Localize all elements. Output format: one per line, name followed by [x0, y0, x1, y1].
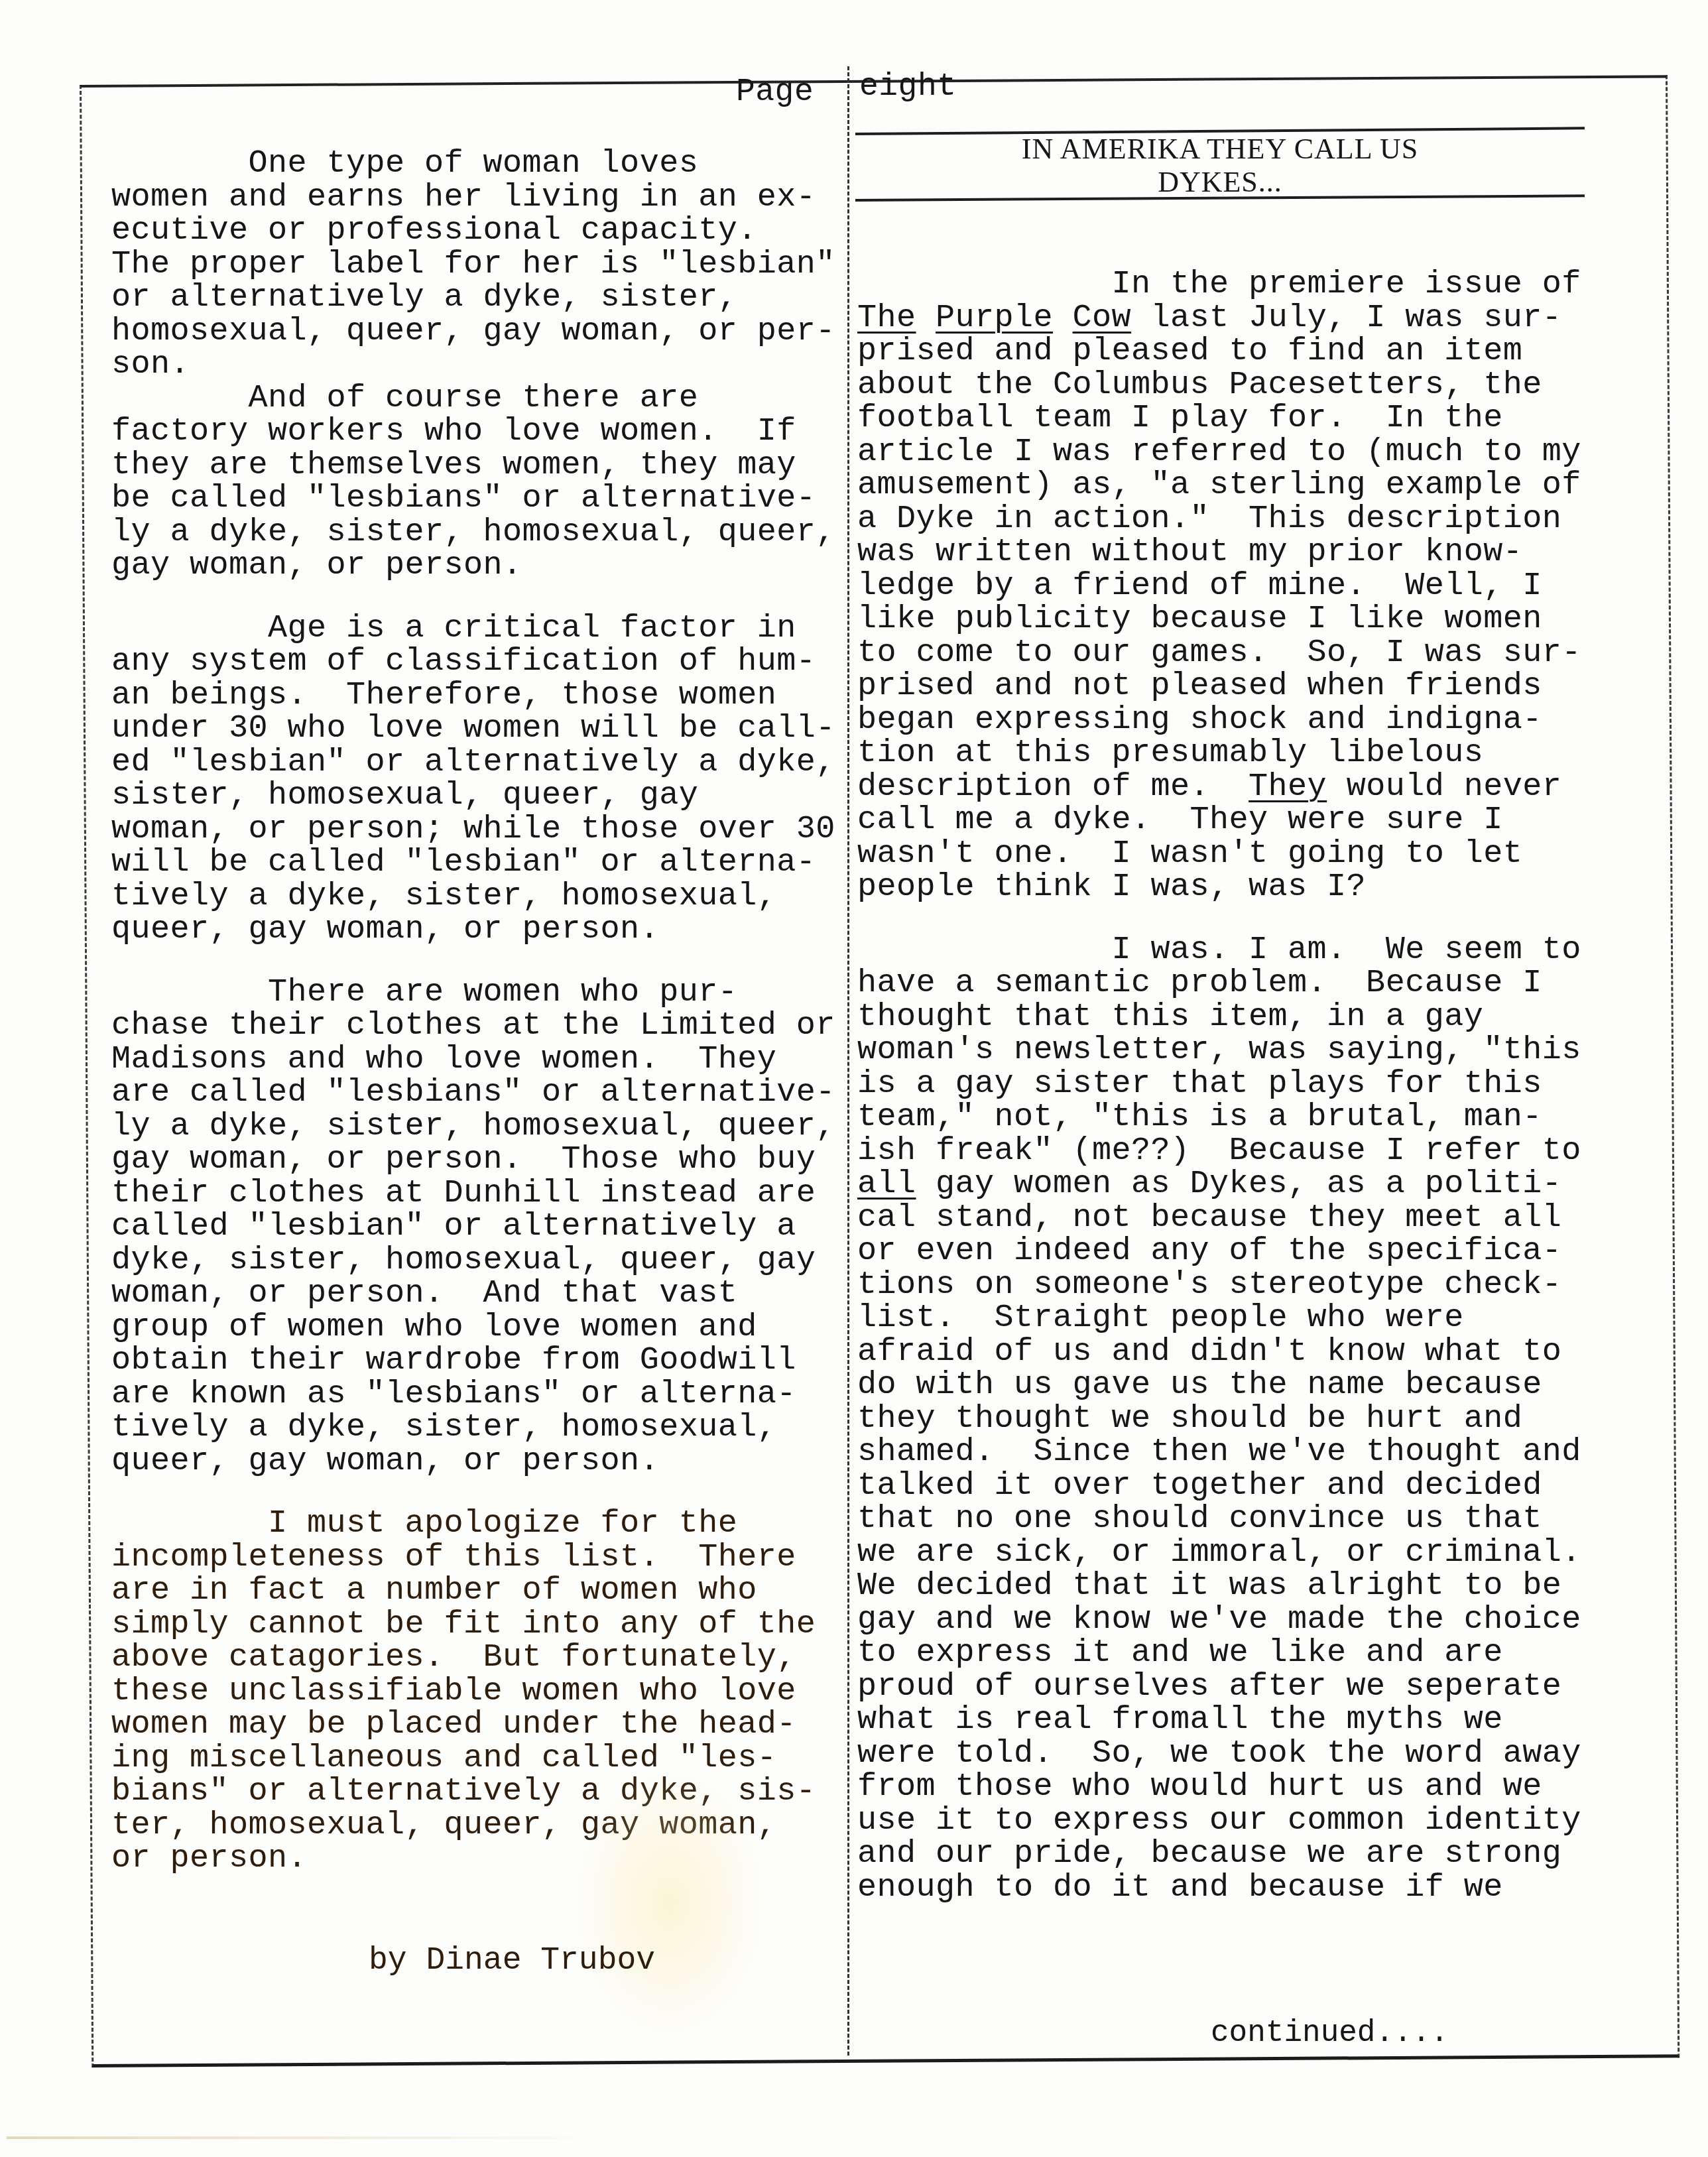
byline: by Dinae Trubov [369, 1943, 655, 1979]
text-line: gay woman, or person. Those who buy [111, 1143, 835, 1177]
text-line: under 30 who love women will be call- [111, 712, 835, 746]
left-paragraph-3: Age is a critical factor inany system of… [111, 612, 835, 947]
page-number-label-left: Page [736, 74, 814, 110]
text-line: gay and we know we've made the choice [857, 1603, 1581, 1637]
text-line: or person. [111, 1842, 835, 1876]
text-line: ter, homosexual, queer, gay woman, [111, 1809, 835, 1843]
text-line: any system of classification of hum- [111, 645, 835, 679]
text-line: all gay women as Dykes, as a politi- [857, 1168, 1581, 1202]
text-line: group of women who love women and [111, 1311, 835, 1345]
text-line: or even indeed any of the specifica- [857, 1235, 1581, 1268]
text-line: woman, or person. And that vast [111, 1277, 835, 1311]
text-line: talked it over together and decided [857, 1469, 1581, 1503]
text-line: football team I play for. In the [857, 402, 1581, 436]
column-divider [847, 66, 849, 2056]
text-line: son. [111, 348, 835, 382]
text-line: have a semantic problem. Because I [857, 967, 1581, 1001]
right-paragraph-2: I was. I am. We seem tohave a semantic p… [857, 934, 1581, 1905]
text-line: ed "lesbian" or alternatively a dyke, [111, 746, 835, 780]
text-line: was written without my prior know- [857, 536, 1581, 570]
left-paragraph-1: One type of woman loveswomen and earns h… [111, 147, 835, 382]
text-line: like publicity because I like women [857, 603, 1581, 637]
text-line: are called "lesbians" or alternative- [111, 1076, 835, 1110]
text-line: began expressing shock and indigna- [857, 704, 1581, 737]
text-line: ecutive or professional capacity. [111, 214, 835, 248]
text-line: simply cannot be fit into any of the [111, 1608, 835, 1642]
text-line: obtain their wardrobe from Goodwill [111, 1344, 835, 1378]
text-line: about the Columbus Pacesetters, the [857, 369, 1581, 402]
text-line: that no one should convince us that [857, 1503, 1581, 1536]
text-segment [916, 300, 936, 336]
text-line: or alternatively a dyke, sister, [111, 281, 835, 315]
text-line: woman, or person; while those over 30 [111, 813, 835, 847]
text-line: use it to express our common identity [857, 1804, 1581, 1838]
text-line: ish freak" (me??) Because I refer to [857, 1135, 1581, 1168]
text-line: are in fact a number of women who [111, 1574, 835, 1608]
text-segment: description of me. [857, 769, 1249, 805]
paragraph-gap [111, 583, 835, 612]
text-line: factory workers who love women. If [111, 415, 835, 449]
text-line: their clothes at Dunhill instead are [111, 1177, 835, 1211]
page-number-label-right: eight [859, 69, 957, 105]
text-line: team," not, "this is a brutal, man- [857, 1101, 1581, 1135]
text-line: do with us gave us the name because [857, 1369, 1581, 1402]
text-line: The proper label for her is "lesbian" [111, 248, 835, 282]
text-line: tively a dyke, sister, homosexual, [111, 880, 835, 914]
right-column-article: In the premiere issue ofThe Purple Cow l… [857, 268, 1581, 1904]
text-line: people think I was, was I? [857, 871, 1581, 904]
left-paragraph-5: I must apologize for theincompleteness o… [111, 1507, 835, 1876]
text-line: what is real fromall the myths we [857, 1703, 1581, 1737]
text-line: prised and pleased to find an item [857, 335, 1581, 369]
text-line: to come to our games. So, I was sur- [857, 637, 1581, 670]
text-line: proud of ourselves after we seperate [857, 1670, 1581, 1704]
text-line: ledge by a friend of mine. Well, I [857, 570, 1581, 603]
text-line: dyke, sister, homosexual, queer, gay [111, 1244, 835, 1278]
text-line: woman's newsletter, was saying, "this [857, 1034, 1581, 1068]
underlined-text: The [857, 300, 916, 336]
text-line: I must apologize for the [111, 1507, 835, 1541]
text-line: tion at this presumably libelous [857, 737, 1581, 770]
text-line: amusement) as, "a sterling example of [857, 469, 1581, 503]
text-line: cal stand, not because they meet all [857, 1202, 1581, 1235]
text-line: above catagories. But fortunately, [111, 1641, 835, 1675]
right-paragraph-1: In the premiere issue ofThe Purple Cow l… [857, 268, 1581, 904]
text-line: women may be placed under the head- [111, 1708, 835, 1742]
text-line: bians" or alternatively a dyke, sis- [111, 1775, 835, 1809]
text-line: tions on someone's stereotype check- [857, 1268, 1581, 1302]
left-paragraph-2: And of course there arefactory workers w… [111, 382, 835, 583]
text-line: be called "lesbians" or alternative- [111, 482, 835, 516]
text-line: article I was referred to (much to my [857, 436, 1581, 469]
text-line: called "lesbian" or alternatively a [111, 1210, 835, 1244]
text-line: we are sick, or immoral, or criminal. [857, 1536, 1581, 1570]
text-line: Madisons and who love women. They [111, 1043, 835, 1077]
text-line: they thought we should be hurt and [857, 1402, 1581, 1436]
text-line: I was. I am. We seem to [857, 934, 1581, 967]
underlined-text: Purple [936, 300, 1053, 336]
text-line: chase their clothes at the Limited or [111, 1009, 835, 1043]
left-column-article: One type of woman loveswomen and earns h… [111, 147, 835, 1876]
text-line: an beings. Therefore, those women [111, 679, 835, 713]
text-line: There are women who pur- [111, 976, 835, 1010]
text-line: One type of woman loves [111, 147, 835, 181]
text-segment: last July, I was sur- [1131, 300, 1561, 336]
text-line: The Purple Cow last July, I was sur- [857, 302, 1581, 336]
text-line: they are themselves women, they may [111, 449, 835, 483]
article-title-line-1: IN AMERIKA THEY CALL US [855, 133, 1585, 166]
text-line: tively a dyke, sister, homosexual, [111, 1411, 835, 1445]
text-line: ing miscellaneous and called "les- [111, 1742, 835, 1776]
text-line: these unclassifiable women who love [111, 1675, 835, 1709]
paragraph-gap [111, 1478, 835, 1507]
text-line: incompleteness of this list. There [111, 1541, 835, 1575]
article-title: IN AMERIKA THEY CALL US DYKES... [855, 133, 1585, 199]
text-line: from those who would hurt us and we [857, 1770, 1581, 1804]
text-line: and our pride, because we are strong [857, 1837, 1581, 1871]
text-line: And of course there are [111, 382, 835, 416]
text-line: queer, gay woman, or person. [111, 1445, 835, 1479]
text-line: list. Straight people who were [857, 1302, 1581, 1335]
underlined-text: all [857, 1166, 916, 1202]
text-line: to express it and we like and are [857, 1636, 1581, 1670]
text-line: ly a dyke, sister, homosexual, queer, [111, 1110, 835, 1144]
article-title-line-2: DYKES... [855, 166, 1585, 199]
underlined-text: They [1249, 769, 1327, 805]
underlined-text: Cow [1073, 300, 1132, 336]
text-line: afraid of us and didn't know what to [857, 1335, 1581, 1369]
text-line: queer, gay woman, or person. [111, 913, 835, 947]
text-line: will be called "lesbian" or alterna- [111, 846, 835, 880]
text-line: shamed. Since then we've thought and [857, 1436, 1581, 1469]
text-line: women and earns her living in an ex- [111, 181, 835, 215]
text-line: were told. So, we took the word away [857, 1737, 1581, 1771]
text-line: We decided that it was alright to be [857, 1570, 1581, 1603]
text-line: are known as "lesbians" or alterna- [111, 1378, 835, 1412]
continued-note: continued.... [1211, 2016, 1449, 2050]
text-line: enough to do it and because if we [857, 1871, 1581, 1905]
left-paragraph-4: There are women who pur-chase their clot… [111, 976, 835, 1479]
text-line: a Dyke in action." This description [857, 503, 1581, 536]
text-segment: gay women as Dykes, as a politi- [916, 1166, 1562, 1202]
text-line: ly a dyke, sister, homosexual, queer, [111, 516, 835, 550]
text-line: gay woman, or person. [111, 549, 835, 583]
text-segment [1053, 300, 1073, 336]
text-line: In the premiere issue of [857, 268, 1581, 302]
text-line: call me a dyke. They were sure I [857, 804, 1581, 837]
text-line: wasn't one. I wasn't going to let [857, 837, 1581, 871]
text-line: homosexual, queer, gay woman, or per- [111, 315, 835, 349]
paragraph-gap [111, 947, 835, 976]
text-line: sister, homosexual, queer, gay [111, 779, 835, 813]
paragraph-gap [857, 904, 1581, 934]
text-line: thought that this item, in a gay [857, 1001, 1581, 1034]
scan-smudge [7, 2136, 603, 2139]
text-line: description of me. They would never [857, 770, 1581, 804]
text-line: prised and not pleased when friends [857, 670, 1581, 704]
text-line: Age is a critical factor in [111, 612, 835, 646]
text-segment: would never [1327, 769, 1561, 805]
text-line: is a gay sister that plays for this [857, 1068, 1581, 1101]
